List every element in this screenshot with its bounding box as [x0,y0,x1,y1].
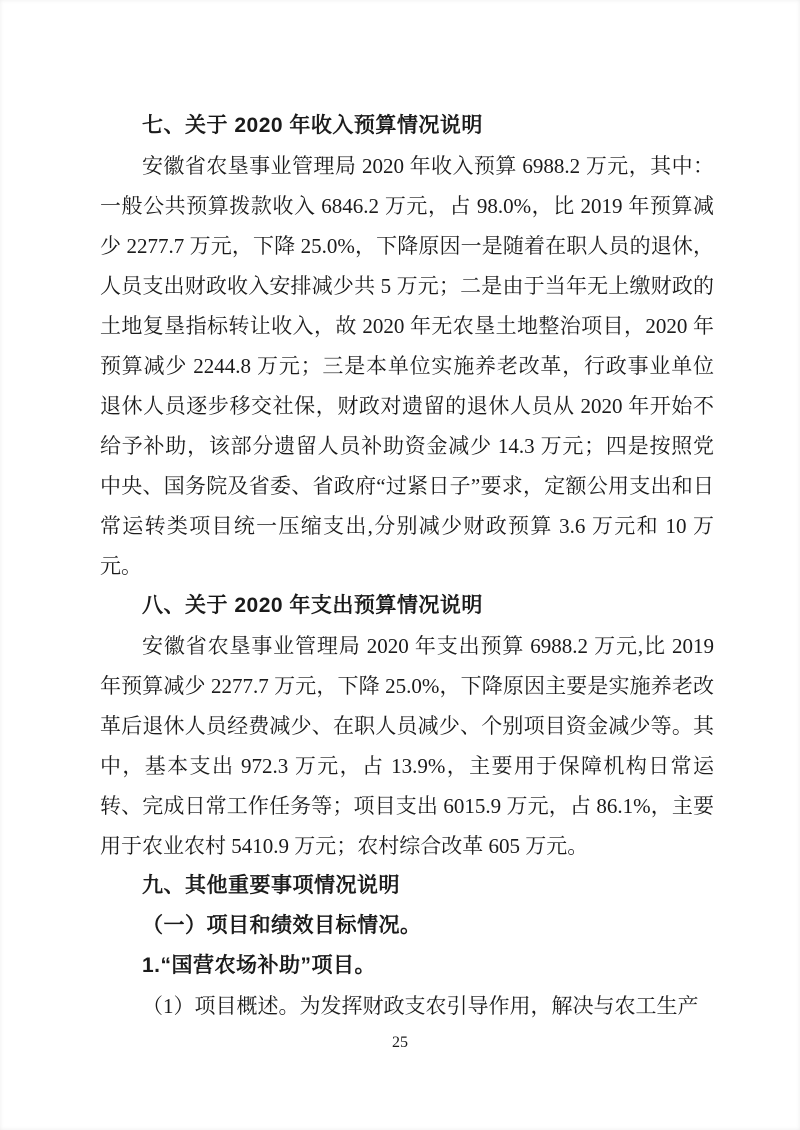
heading-other-important-matters: 九、其他重要事项情况说明 [100,866,714,906]
paragraph-expenditure-budget: 安徽省农垦事业管理局 2020 年支出预算 6988.2 万元,比 2019 年… [100,626,714,866]
heading-expenditure-budget-section: 八、关于 2020 年支出预算情况说明 [100,586,714,626]
subheading-state-farm-subsidy-project: 1.“国营农场补助”项目。 [100,946,714,986]
paragraph-project-overview: （1）项目概述。为发挥财政支农引导作用，解决与农工生产 [100,986,714,1026]
paragraph-income-budget: 安徽省农垦事业管理局 2020 年收入预算 6988.2 万元，其中：一般公共预… [100,146,714,586]
page-number: 25 [0,1032,800,1054]
document-body: 七、关于 2020 年收入预算情况说明 安徽省农垦事业管理局 2020 年收入预… [100,106,714,1026]
heading-income-budget-section: 七、关于 2020 年收入预算情况说明 [100,106,714,146]
subheading-project-performance-goals: （一）项目和绩效目标情况。 [100,906,714,946]
